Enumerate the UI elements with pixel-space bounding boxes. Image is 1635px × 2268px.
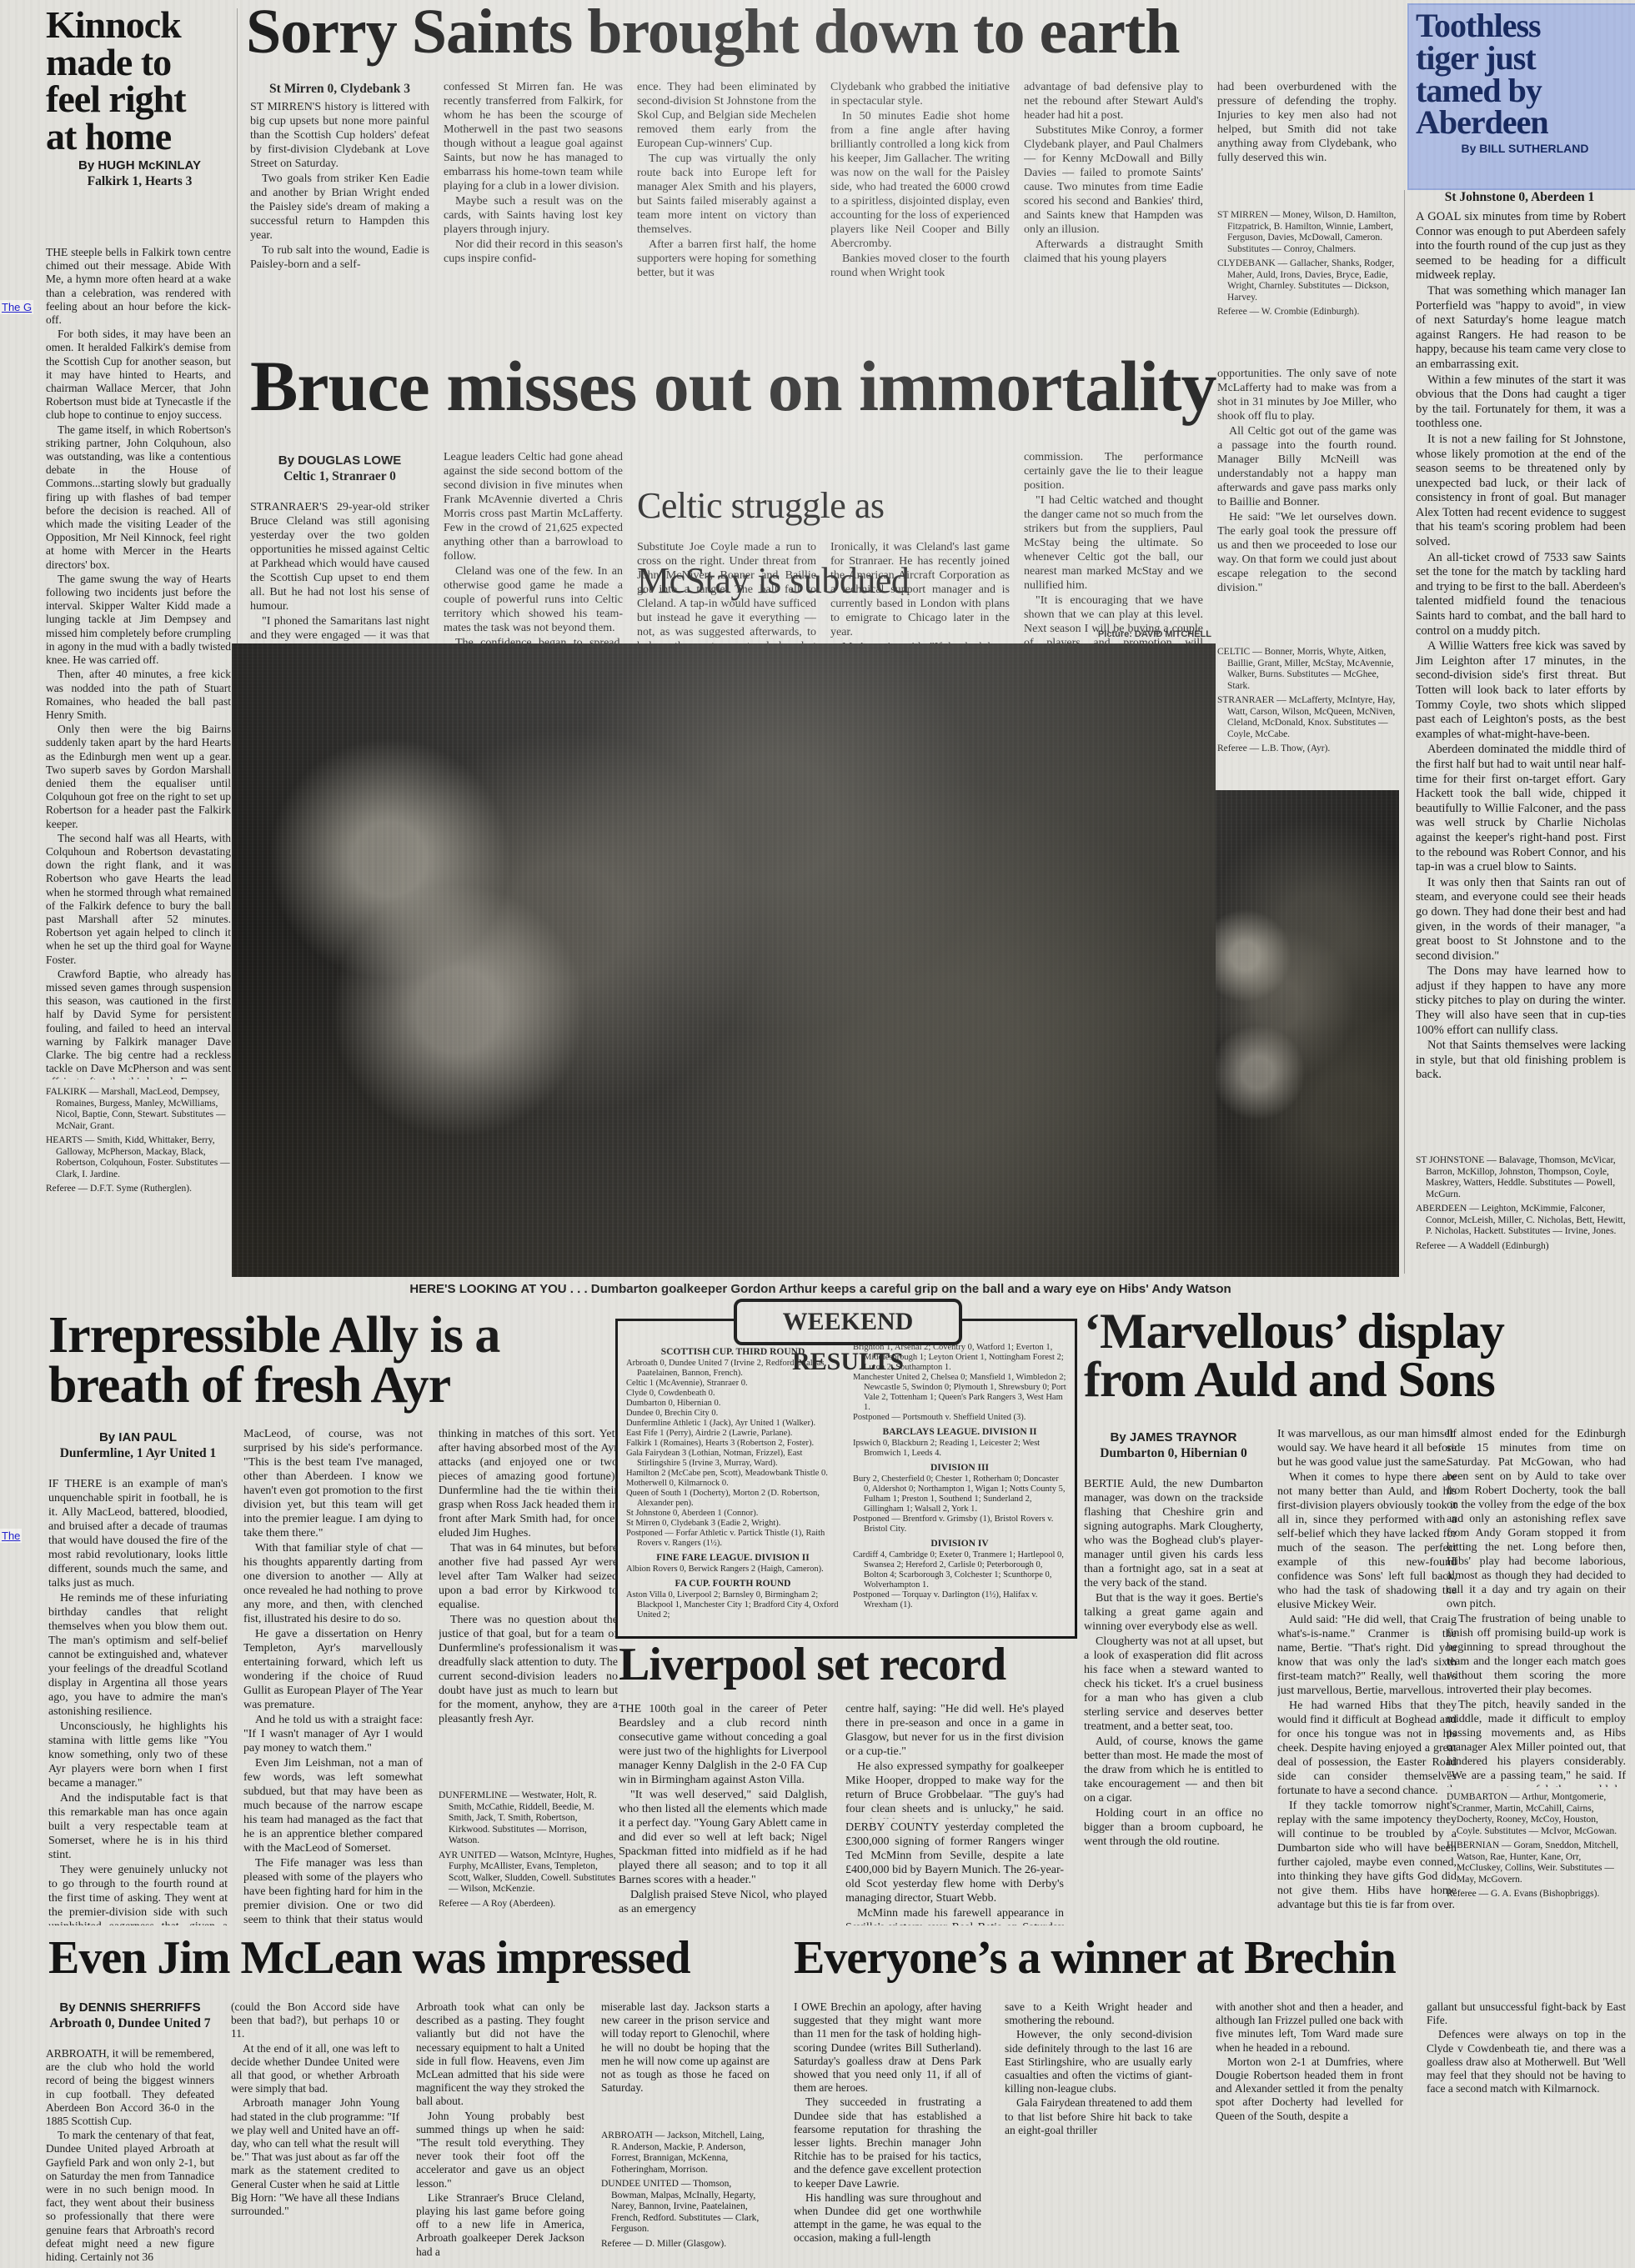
text-line: Aston Villa 0, Liverpool 2; Barnsley 0, … bbox=[626, 1590, 840, 1620]
text-line: Substitutes Mike Conroy, a former Clydeb… bbox=[1024, 123, 1203, 237]
mclean-col3: Arbroath took what can only be described… bbox=[416, 2000, 584, 2262]
text-line: AYR UNITED — Watson, McIntyre, Hughes, F… bbox=[439, 1850, 618, 1895]
text-line: I OWE Brechin an apology, after having s… bbox=[794, 2000, 981, 2095]
text-line: made to bbox=[46, 44, 233, 82]
marvellous-headline: ‘Marvellous’ displayfrom Auld and Sons bbox=[1084, 1307, 1634, 1404]
text-line: "I had Celtic watched and thought the da… bbox=[1024, 493, 1203, 593]
text-line: Toothless bbox=[1416, 10, 1634, 43]
text-line: East Fife 1 (Perry), Airdrie 2 (Lawrie, … bbox=[626, 1429, 840, 1439]
text-line: IF THERE is an example of man's unquench… bbox=[48, 1477, 228, 1590]
match-photo-main bbox=[232, 643, 1216, 1277]
text-line: Auld said: "He did well, that Craig what… bbox=[1277, 1613, 1457, 1698]
text-line: The Fife manager was less than pleased w… bbox=[243, 1856, 423, 1925]
saints-col2: confessed St Mirren fan. He was recently… bbox=[444, 80, 623, 358]
text-line: Referee — G. A. Evans (Bishopbriggs). bbox=[1447, 1889, 1626, 1900]
saints-headline: Sorry Saints brought down to earth bbox=[246, 2, 1401, 63]
text-line: breath of fresh Ayr bbox=[48, 1360, 624, 1410]
text-line: However, the only second-division side d… bbox=[1005, 2028, 1192, 2095]
text-line: DUMBARTON — Arthur, Montgomerie, Cranmer… bbox=[1447, 1792, 1626, 1837]
text-line: Unconsciously, he highlights his stamina… bbox=[48, 1720, 228, 1790]
saints-col6: had been overburdened with the pressure … bbox=[1217, 80, 1397, 205]
text-line: Defences were always on top in the Clyde… bbox=[1427, 2028, 1626, 2095]
text-line: But that is the way it goes. Bertie's ta… bbox=[1084, 1591, 1263, 1634]
text-line: He reminds me of these infuriating birth… bbox=[48, 1591, 228, 1719]
text-line: Referee — D.F.T. Syme (Rutherglen). bbox=[46, 1184, 231, 1195]
text-line: Only then were the big Bairns suddenly t… bbox=[46, 723, 231, 831]
text-line: The cup was virtually the only route bac… bbox=[637, 152, 816, 237]
text-line: There was no question about the justice … bbox=[439, 1613, 618, 1726]
promo-box-toothless: Toothlesstiger justtamed byAberdeen By B… bbox=[1409, 5, 1635, 188]
results-finefare-lines: Albion Rovers 0, Berwick Rangers 2 (Haig… bbox=[626, 1565, 840, 1575]
text-line: Referee — L.B. Thow, (Ayr). bbox=[1217, 743, 1397, 755]
bruce-byline-block: By DOUGLAS LOWE Celtic 1, Stranraer 0 bbox=[250, 450, 429, 488]
saints-col5: advantage of bad defensive play to net t… bbox=[1024, 80, 1203, 358]
text-line: League leaders Celtic had gone ahead aga… bbox=[444, 450, 623, 563]
text-line: gallant but unsuccessful fight-back by E… bbox=[1427, 2000, 1626, 2027]
text-line: If they tackle tomorrow night's replay w… bbox=[1277, 1799, 1457, 1912]
text-line: opportunities. The only save of note McL… bbox=[1217, 367, 1397, 423]
saints-col3: ence. They had been eliminated by second… bbox=[637, 80, 816, 358]
text-line: from Auld and Sons bbox=[1084, 1355, 1634, 1404]
text-line: The pitch, heavily sanded in the middle,… bbox=[1447, 1698, 1626, 1787]
marvellous-byline: By JAMES TRAYNOR bbox=[1084, 1430, 1263, 1444]
text-line: at home bbox=[46, 118, 233, 156]
text-line: He also expressed sympathy for goalkeepe… bbox=[845, 1760, 1064, 1819]
text-line: HIBERNIAN — Goram, Sneddon, Mitchell, Wa… bbox=[1447, 1840, 1626, 1885]
text-line: They succeeded in frustrating a Dundee s… bbox=[794, 2095, 981, 2190]
text-line: And the indisputable fact is that this r… bbox=[48, 1791, 228, 1862]
text-line: ST MIRREN'S history is littered with big… bbox=[250, 100, 429, 171]
archive-link-artifact-top[interactable]: The G bbox=[0, 300, 33, 314]
text-line: Queen of South 1 (Docherty), Morton 2 (D… bbox=[626, 1489, 840, 1509]
kinnock-teams: FALKIRK — Marshall, MacLeod, Dempsey, Ro… bbox=[46, 1084, 231, 1275]
toothless-headline: Toothlesstiger justtamed byAberdeen bbox=[1416, 10, 1634, 139]
text-line: Postponed — Torquay v. Darlington (1½), … bbox=[853, 1590, 1066, 1610]
text-line: Referee — A Roy (Aberdeen). bbox=[439, 1899, 618, 1910]
text-line: Bury 2, Chesterfield 0; Chester 1, Rothe… bbox=[853, 1474, 1066, 1515]
text-line: FALKIRK — Marshall, MacLeod, Dempsey, Ro… bbox=[46, 1087, 231, 1132]
results-header-div4: DIVISION IV bbox=[853, 1539, 1066, 1549]
text-line: with another shot and then a header, and… bbox=[1216, 2000, 1403, 2055]
derby-mcminn-brief: DERBY COUNTY yesterday completed the £30… bbox=[845, 1820, 1064, 1925]
text-line: ARBROATH, it will be remembered, are the… bbox=[46, 2047, 214, 2128]
match-photo-right bbox=[1216, 790, 1399, 1277]
article-kinnock: Kinnockmade tofeel rightat home By HUGH … bbox=[46, 7, 233, 193]
text-line: He had warned Hibs that they would find … bbox=[1277, 1699, 1457, 1798]
text-line: Motherwell 0, Kilmarnock 0. bbox=[626, 1479, 840, 1489]
text-line: When it comes to hype there are not many… bbox=[1277, 1470, 1457, 1612]
text-line: Referee — W. Crombie (Edinburgh). bbox=[1217, 307, 1397, 318]
text-line: In 50 minutes Eadie shot home from a fin… bbox=[830, 109, 1010, 251]
text-line: ST MIRREN — Money, Wilson, D. Hamilton, … bbox=[1217, 210, 1397, 255]
brechin-col2: save to a Keith Wright header and smothe… bbox=[1005, 2000, 1192, 2262]
text-line: Arbroath manager John Young had stated i… bbox=[231, 2096, 399, 2218]
mclean-col2: (could the Bon Accord side have been tha… bbox=[231, 2000, 399, 2262]
text-line: They were genuinely unlucky not to go th… bbox=[48, 1863, 228, 1925]
text-line: Dalglish praised Steve Nicol, who played… bbox=[619, 1888, 827, 1916]
mclean-byline: By DENNIS SHERRIFFS bbox=[46, 2000, 214, 2015]
photo-credit: Picture: DAVID MITCHELL bbox=[1030, 629, 1211, 639]
text-line: DUNDEE UNITED — Thomson, Bowman, Malpas,… bbox=[601, 2179, 770, 2235]
liverpool-col1: THE 100th goal in the career of Peter Be… bbox=[619, 1702, 827, 1925]
aberdeen-body: A GOAL six minutes from time by Robert C… bbox=[1416, 210, 1626, 1150]
text-line: save to a Keith Wright header and smothe… bbox=[1005, 2000, 1192, 2027]
bruce-byline: By DOUGLAS LOWE bbox=[250, 453, 429, 468]
text-line: At the end of it all, one was left to de… bbox=[231, 2042, 399, 2096]
text-line: Dunfermline Athletic 1 (Jack), Ayr Unite… bbox=[626, 1419, 840, 1429]
ally-col1: IF THERE is an example of man's unquench… bbox=[48, 1477, 228, 1925]
text-line: Holding court in an office no bigger tha… bbox=[1084, 1806, 1263, 1849]
results-right-column: Brighton 1, Arsenal 2; Coventry 0, Watfo… bbox=[853, 1343, 1066, 1630]
kinnock-byline: By HUGH McKINLAY bbox=[46, 158, 233, 173]
saints-col1: ST MIRREN'S history is littered with big… bbox=[250, 100, 429, 358]
text-line: To mark the centenary of that feat, Dund… bbox=[46, 2129, 214, 2262]
text-line: It was marvellous, as our man himself wo… bbox=[1277, 1427, 1457, 1469]
text-line: Aberdeen bbox=[1416, 107, 1634, 139]
bruce-scoreline: Celtic 1, Stranraer 0 bbox=[250, 469, 429, 484]
text-line: ‘Marvellous’ display bbox=[1084, 1307, 1634, 1355]
text-line: thinking in matches of this sort. Yet, a… bbox=[439, 1427, 618, 1540]
ally-teams: DUNFERMLINE — Westwater, Holt, R. Smith,… bbox=[439, 1787, 618, 1925]
text-line: advantage of bad defensive play to net t… bbox=[1024, 80, 1203, 123]
text-line: The confidence began to spread. Left win… bbox=[444, 636, 623, 643]
results-scottish-cup-lines: Arbroath 0, Dundee United 7 (Irvine 2, R… bbox=[626, 1359, 840, 1549]
text-line: Clyde 0, Cowdenbeath 0. bbox=[626, 1389, 840, 1399]
mclean-col4: miserable last day. Jackson starts a new… bbox=[601, 2000, 770, 2125]
text-line: The second half was all Hearts, with Col… bbox=[46, 832, 231, 967]
results-div4-lines: Cardiff 4, Cambridge 0; Exeter 0, Tranme… bbox=[853, 1550, 1066, 1610]
text-line: Bankies moved closer to the fourth round… bbox=[830, 252, 1010, 280]
results-barclays-lines: Ipswich 0, Blackburn 2; Reading 1, Leice… bbox=[853, 1439, 1066, 1459]
marvellous-col1: BERTIE Auld, the new Dumbarton manager, … bbox=[1084, 1477, 1263, 1925]
text-line: DERBY COUNTY yesterday completed the £30… bbox=[845, 1820, 1064, 1905]
text-line: Dundee 0, Brechin City 0. bbox=[626, 1409, 840, 1419]
ally-byline-block: By IAN PAUL Dunfermline, 1 Ayr United 1 bbox=[48, 1427, 228, 1464]
results-header-div3: DIVISION III bbox=[853, 1463, 1066, 1473]
text-line: Not that Saints themselves were lacking … bbox=[1416, 1039, 1626, 1083]
text-line: Auld, of course, knows the game better t… bbox=[1084, 1735, 1263, 1805]
text-line: Celtic struggle as bbox=[637, 487, 1012, 525]
text-line: Arbroath took what can only be described… bbox=[416, 2000, 584, 2109]
saints-teams: ST MIRREN — Money, Wilson, D. Hamilton, … bbox=[1217, 207, 1397, 358]
text-line: THE steeple bells in Falkirk town centre… bbox=[46, 246, 231, 327]
text-line: Referee — D. Miller (Glasgow). bbox=[601, 2239, 770, 2250]
marvellous-col3: It almost ended for the Edinburgh side 1… bbox=[1447, 1427, 1626, 1787]
text-line: "It was well deserved," said Dalglish, w… bbox=[619, 1788, 827, 1887]
ally-col3: thinking in matches of this sort. Yet, a… bbox=[439, 1427, 618, 1785]
liverpool-headline: Liverpool set record bbox=[619, 1642, 1076, 1687]
text-line: Cleland was one of the few. In an otherw… bbox=[444, 564, 623, 635]
text-line: It almost ended for the Edinburgh side 1… bbox=[1447, 1427, 1626, 1611]
text-line: A Willie Watters free kick was saved by … bbox=[1416, 639, 1626, 742]
text-line: Even Jim Leishman, not a man of few word… bbox=[243, 1756, 423, 1855]
text-line: Nor did their record in this season's cu… bbox=[444, 238, 623, 266]
saints-scoreline: St Mirren 0, Clydebank 3 bbox=[250, 82, 429, 97]
bruce-col3: Substitute Joe Coyle made a run to cross… bbox=[637, 540, 816, 643]
text-line: Falkirk 1 (Romaines), Hearts 3 (Robertso… bbox=[626, 1439, 840, 1449]
text-line: Cardiff 4, Cambridge 0; Exeter 0, Tranme… bbox=[853, 1550, 1066, 1590]
text-line: It was only then that Saints ran out of … bbox=[1416, 876, 1626, 964]
results-div3-lines: Bury 2, Chesterfield 0; Chester 1, Rothe… bbox=[853, 1474, 1066, 1535]
text-line: He gave a dissertation on Henry Templeto… bbox=[243, 1627, 423, 1712]
aberdeen-teams: ST JOHNSTONE — Balavage, Thomson, McVica… bbox=[1416, 1152, 1626, 1284]
marvellous-teams: DUMBARTON — Arthur, Montgomerie, Cranmer… bbox=[1447, 1789, 1626, 1925]
brechin-col3: with another shot and then a header, and… bbox=[1216, 2000, 1403, 2262]
text-line: Afterwards a distraught Smith claimed th… bbox=[1024, 238, 1203, 266]
liverpool-col2: centre half, saying: "He did well. He's … bbox=[845, 1702, 1064, 1819]
text-line: (could the Bon Accord side have been tha… bbox=[231, 2000, 399, 2041]
saints-col4: Clydebank who grabbed the initiative in … bbox=[830, 80, 1010, 358]
text-line: Clydebank who grabbed the initiative in … bbox=[830, 80, 1010, 108]
text-line: Dumbarton 0, Hibernian 0. bbox=[626, 1399, 840, 1409]
weekend-results-title: WEEKEND RESULTS bbox=[734, 1299, 962, 1345]
text-line: That was in 64 minutes, but before anoth… bbox=[439, 1541, 618, 1612]
bruce-col1: STRANRAER'S 29-year-old striker Bruce Cl… bbox=[250, 500, 429, 643]
mclean-headline: Even Jim McLean was impressed bbox=[48, 1935, 789, 1980]
text-line: Kinnock bbox=[46, 7, 233, 44]
text-line: feel right bbox=[46, 81, 233, 118]
text-line: Gala Fairydean threatened to add them to… bbox=[1005, 2096, 1192, 2137]
text-line: For both sides, it may have been an omen… bbox=[46, 328, 231, 422]
text-line: The game itself, in which Robertson's st… bbox=[46, 423, 231, 572]
text-line: tiger just bbox=[1416, 43, 1634, 75]
bruce-col2: League leaders Celtic had gone ahead aga… bbox=[444, 450, 623, 643]
text-line: Within a few minutes of the start it was… bbox=[1416, 373, 1626, 432]
text-line: Clougherty was not at all upset, but a l… bbox=[1084, 1635, 1263, 1734]
text-line: All Celtic got out of the game was a pas… bbox=[1217, 424, 1397, 509]
text-line: He said: "We let ourselves down. The ear… bbox=[1217, 510, 1397, 595]
text-line: An all-ticket crowd of 7533 saw Saints s… bbox=[1416, 551, 1626, 639]
mclean-col1: ARBROATH, it will be remembered, are the… bbox=[46, 2047, 214, 2262]
mclean-teams: ARBROATH — Jackson, Mitchell, Laing, R. … bbox=[601, 2127, 770, 2262]
text-line: Postponed — Forfar Athletic v. Partick T… bbox=[626, 1529, 840, 1549]
results-left-column: SCOTTISH CUP. THIRD ROUND Arbroath 0, Du… bbox=[626, 1343, 840, 1630]
text-line: "I phoned the Samaritans last night and … bbox=[250, 614, 429, 643]
text-line: CLYDEBANK — Gallacher, Shanks, Rodger, M… bbox=[1217, 258, 1397, 303]
marvellous-scoreline: Dumbarton 0, Hibernian 0 bbox=[1084, 1446, 1263, 1461]
text-line: ST JOHNSTONE — Balavage, Thomson, McVica… bbox=[1416, 1155, 1626, 1200]
text-line: Gala Fairydean 3 (Lothian, Notman, Frizz… bbox=[626, 1449, 840, 1469]
ally-headline: Irrepressible Ally is abreath of fresh A… bbox=[48, 1310, 624, 1410]
marvellous-col2: It was marvellous, as our man himself wo… bbox=[1277, 1427, 1457, 1925]
text-line: STRANRAER'S 29-year-old striker Bruce Cl… bbox=[250, 500, 429, 613]
bruce-teams: CELTIC — Bonner, Morris, Whyte, Aitken, … bbox=[1217, 643, 1397, 787]
ally-col2: MacLeod, of course, was not surprised by… bbox=[243, 1427, 423, 1925]
text-line: It is not a new failing for St Johnstone… bbox=[1416, 433, 1626, 550]
aberdeen-scoreline: St Johnstone 0, Aberdeen 1 bbox=[1413, 190, 1626, 205]
ally-scoreline: Dunfermline, 1 Ayr United 1 bbox=[48, 1446, 228, 1461]
text-line: Albion Rovers 0, Berwick Rangers 2 (Haig… bbox=[626, 1565, 840, 1575]
brechin-col1: I OWE Brechin an apology, after having s… bbox=[794, 2000, 981, 2262]
text-line: Two goals from striker Ken Eadie and ano… bbox=[250, 172, 429, 243]
text-line: Ipswich 0, Blackburn 2; Reading 1, Leice… bbox=[853, 1439, 1066, 1459]
text-line: tamed by bbox=[1416, 75, 1634, 108]
text-line: ARBROATH — Jackson, Mitchell, Laing, R. … bbox=[601, 2130, 770, 2175]
text-line: Like Stranraer's Bruce Cleland, playing … bbox=[416, 2191, 584, 2259]
mclean-scoreline: Arbroath 0, Dundee United 7 bbox=[46, 2016, 214, 2031]
kinnock-scoreline: Falkirk 1, Hearts 3 bbox=[46, 174, 233, 189]
text-line: McMinn made his farewell appearance in S… bbox=[845, 1906, 1064, 1925]
text-line: Ironically, it was Cleland's last game f… bbox=[830, 540, 1010, 639]
newspaper-page: The G The Kinnockmade tofeel rightat hom… bbox=[0, 0, 1635, 2268]
text-line: CELTIC — Bonner, Morris, Whyte, Aitken, … bbox=[1217, 647, 1397, 692]
text-line: The Dons may have learned how to adjust … bbox=[1416, 964, 1626, 1038]
photo-caption: HERE'S LOOKING AT YOU . . . Dumbarton go… bbox=[242, 1282, 1399, 1296]
text-line: THE 100th goal in the career of Peter Be… bbox=[619, 1702, 827, 1787]
text-line: Hamilton 2 (McCabe pen, Scott), Meadowba… bbox=[626, 1469, 840, 1479]
text-line: BERTIE Auld, the new Dumbarton manager, … bbox=[1084, 1477, 1263, 1590]
text-line: Postponed — Brentford v. Grimsby (1), Br… bbox=[853, 1515, 1066, 1535]
text-line: ABERDEEN — Leighton, McKimmie, Falconer,… bbox=[1416, 1204, 1626, 1238]
text-line: had been overburdened with the pressure … bbox=[1217, 80, 1397, 165]
brechin-headline: Everyone’s a winner at Brechin bbox=[794, 1935, 1627, 1980]
text-line: Postponed — Portsmouth v. Sheffield Unit… bbox=[853, 1413, 1066, 1423]
text-line: ence. They had been eliminated by second… bbox=[637, 80, 816, 151]
text-line: miserable last day. Jackson starts a new… bbox=[601, 2000, 770, 2095]
archive-link-artifact-mid[interactable]: The bbox=[0, 1529, 22, 1543]
bruce-col6: opportunities. The only save of note McL… bbox=[1217, 367, 1397, 642]
mclean-byline-block: By DENNIS SHERRIFFS Arbroath 0, Dundee U… bbox=[46, 1997, 214, 2035]
brechin-col4: gallant but unsuccessful fight-back by E… bbox=[1427, 2000, 1626, 2262]
kinnock-headline: Kinnockmade tofeel rightat home bbox=[46, 7, 233, 155]
text-line: Irrepressible Ally is a bbox=[48, 1310, 624, 1360]
text-line: St Mirren 0, Clydebank 3 (Eadie 2, Wrigh… bbox=[626, 1519, 840, 1529]
results-header-facup: FA CUP. FOURTH ROUND bbox=[626, 1579, 840, 1589]
text-line: With that familiar style of chat — his t… bbox=[243, 1541, 423, 1626]
bruce-col5: commission. The performance certainly ga… bbox=[1024, 450, 1203, 643]
text-line: centre half, saying: "He did well. He's … bbox=[845, 1702, 1064, 1759]
text-line: Crawford Baptie, who already has missed … bbox=[46, 968, 231, 1079]
text-line: Aberdeen dominated the middle third of t… bbox=[1416, 743, 1626, 874]
marvellous-byline-block: By JAMES TRAYNOR Dumbarton 0, Hibernian … bbox=[1084, 1427, 1263, 1464]
text-line: A GOAL six minutes from time by Robert C… bbox=[1416, 210, 1626, 283]
text-line: commission. The performance certainly ga… bbox=[1024, 450, 1203, 493]
text-line: STRANRAER — McLafferty, McIntyre, Hay, W… bbox=[1217, 695, 1397, 740]
text-line: Morton won 2-1 at Dumfries, where Dougie… bbox=[1216, 2055, 1403, 2123]
text-line: The frustration of being unable to finis… bbox=[1447, 1612, 1626, 1697]
text-line: MacLeod, of course, was not surprised by… bbox=[243, 1427, 423, 1540]
text-line: After a barren first half, the home supp… bbox=[637, 238, 816, 280]
results-header-barclays: BARCLAYS LEAGUE. DIVISION II bbox=[853, 1427, 1066, 1437]
text-line: St Johnstone 0, Aberdeen 1 (Connor). bbox=[626, 1509, 840, 1519]
text-line: HEARTS — Smith, Kidd, Whittaker, Berry, … bbox=[46, 1135, 231, 1180]
text-line: Maybe such a result was on the cards, wi… bbox=[444, 194, 623, 237]
text-line: The game swung the way of Hearts followi… bbox=[46, 573, 231, 667]
text-line: That was something which manager Ian Por… bbox=[1416, 284, 1626, 373]
kinnock-body: THE steeple bells in Falkirk town centre… bbox=[46, 246, 231, 1079]
text-line: His handling was sure throughout and whe… bbox=[794, 2191, 981, 2245]
ally-byline: By IAN PAUL bbox=[48, 1430, 228, 1444]
text-line: Substitute Joe Coyle made a run to cross… bbox=[637, 540, 816, 643]
text-line: Then, after 40 minutes, a free kick was … bbox=[46, 668, 231, 722]
text-line: Referee — A Waddell (Edinburgh) bbox=[1416, 1241, 1626, 1253]
text-line: confessed St Mirren fan. He was recently… bbox=[444, 80, 623, 193]
toothless-byline: By BILL SUTHERLAND bbox=[1416, 142, 1634, 155]
text-line: John Young probably best summed things u… bbox=[416, 2110, 584, 2190]
results-facup-lines: Aston Villa 0, Liverpool 2; Barnsley 0, … bbox=[626, 1590, 840, 1620]
text-line: DUNFERMLINE — Westwater, Holt, R. Smith,… bbox=[439, 1790, 618, 1847]
text-line: To rub salt into the wound, Eadie is Pai… bbox=[250, 243, 429, 272]
bruce-col4: Ironically, it was Cleland's last game f… bbox=[830, 540, 1010, 643]
text-line: And he told us with a straight face: "If… bbox=[243, 1713, 423, 1755]
results-header-finefare: FINE FARE LEAGUE. DIVISION II bbox=[626, 1553, 840, 1563]
